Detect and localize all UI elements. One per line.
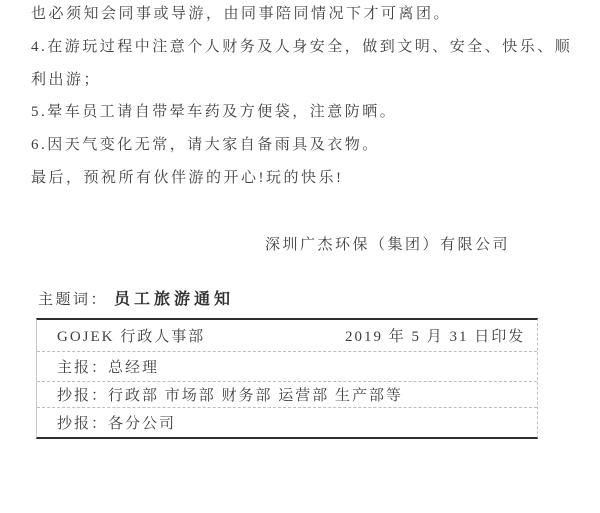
subject-label: 主题词：	[38, 292, 108, 308]
subject-value: 员工旅游通知	[114, 291, 234, 308]
table-row: 抄报：行政部 市场部 财务部 运营部 生产部等	[37, 382, 537, 408]
subject-line: 主题词：员工旅游通知	[38, 291, 234, 309]
body-line: 利出游；	[31, 71, 101, 89]
company-signature: 深圳广杰环保（集团）有限公司	[0, 236, 510, 254]
body-line: 5.晕车员工请自带晕车药及方便袋，注意防晒。	[31, 103, 397, 121]
distribution-table: GOJEK 行政人事部 2019 年 5 月 31 日印发 主报：总经理 抄报：…	[36, 318, 538, 439]
body-line: 也必须知会同事或导游，由同事陪同情况下才可离团。	[31, 5, 451, 23]
table-cell-print-date: 2019 年 5 月 31 日印发	[345, 320, 525, 351]
body-line: 6.因天气变化无常，请大家自备雨具及衣物。	[31, 136, 380, 154]
table-row: GOJEK 行政人事部 2019 年 5 月 31 日印发	[37, 320, 537, 352]
table-row: 抄报：各分公司	[37, 408, 537, 437]
table-cell-main-report: 主报：总经理	[57, 356, 159, 377]
body-line: 4.在游玩过程中注意个人财务及人身安全，做到文明、安全、快乐、顺	[31, 38, 572, 56]
table-cell-copy-report-depts: 抄报：行政部 市场部 财务部 运营部 生产部等	[57, 384, 403, 405]
table-cell-copy-report-branches: 抄报：各分公司	[57, 412, 176, 433]
table-row: 主报：总经理	[37, 352, 537, 382]
table-cell-issuing-dept: GOJEK 行政人事部	[57, 325, 205, 346]
body-line: 最后，预祝所有伙伴游的开心!玩的快乐!	[31, 169, 344, 187]
document-page: 也必须知会同事或导游，由同事陪同情况下才可离团。 4.在游玩过程中注意个人财务及…	[0, 0, 600, 513]
